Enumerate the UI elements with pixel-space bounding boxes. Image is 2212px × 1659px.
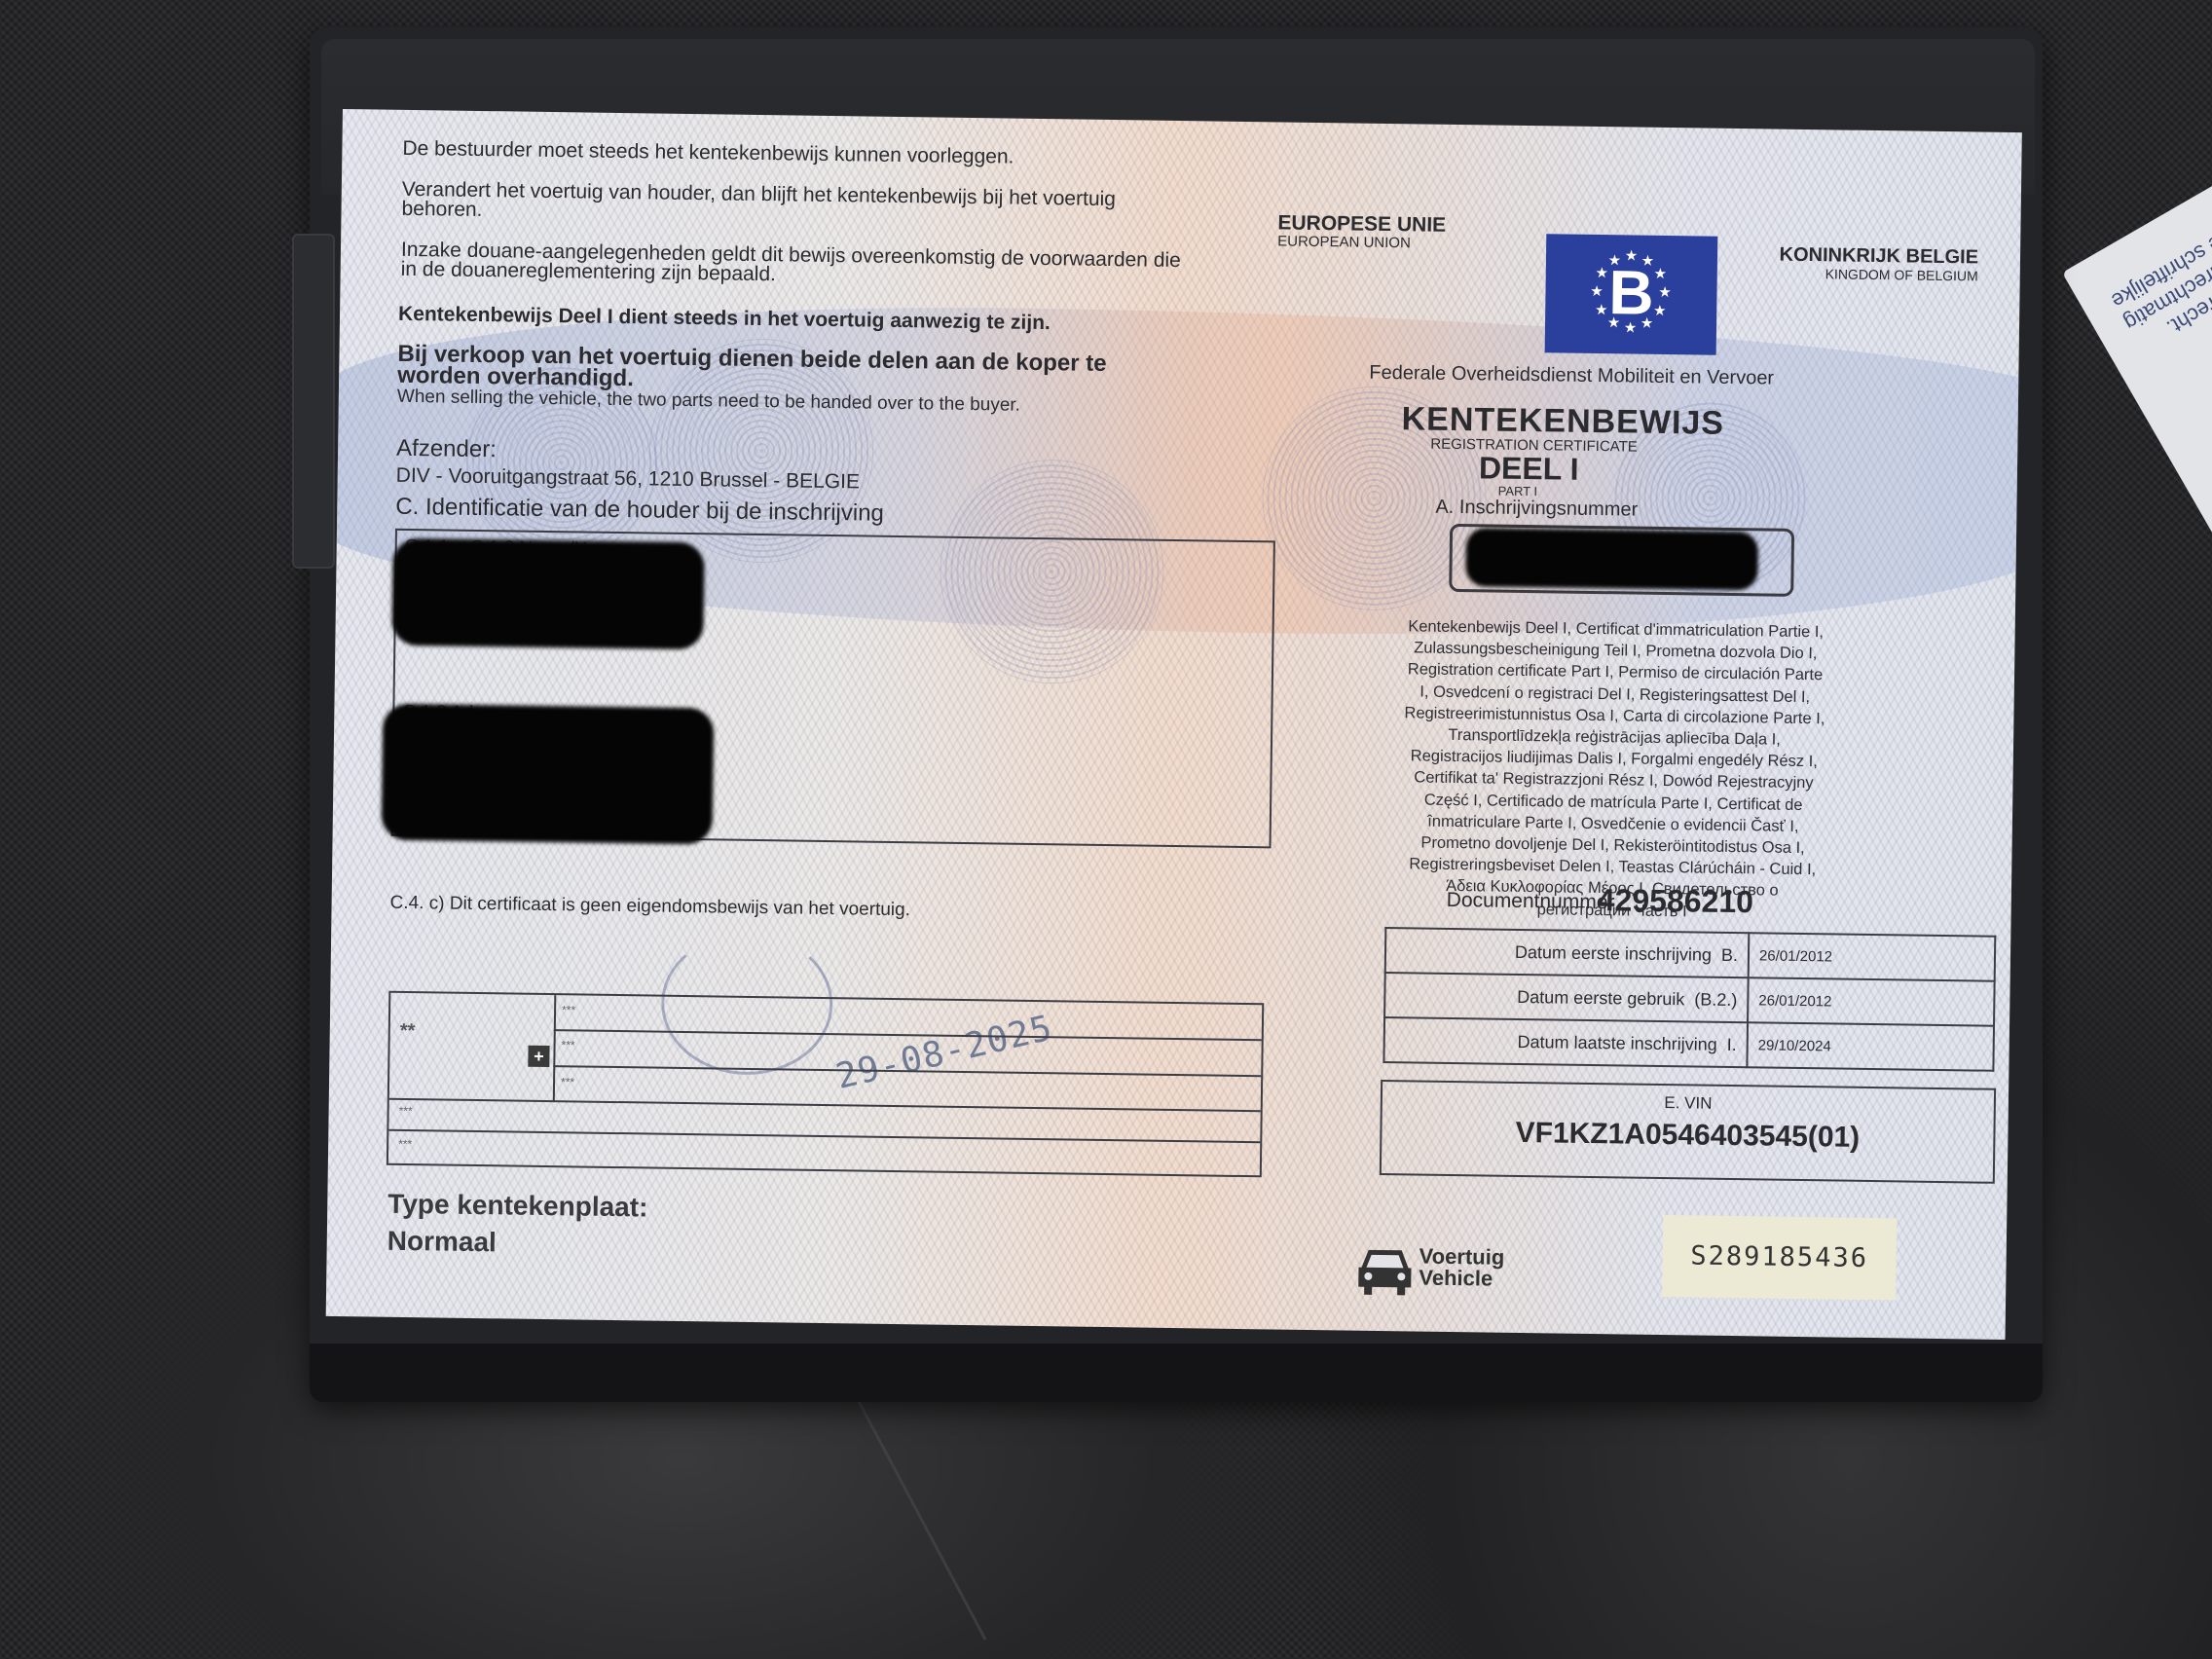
plate-type-label: Type kentekenplaat:: [387, 1189, 648, 1224]
kingdom-label-en: KINGDOM OF BELGIUM: [1774, 266, 1978, 284]
registration-dates-table: Datum eerste inschrijving B. 26/01/2012 …: [1383, 927, 1997, 1062]
country-letter: B: [1604, 258, 1659, 327]
table-row: Datum laatste inschrijving I. 29/10/2024: [1383, 1017, 1994, 1071]
annotation-row: ***: [562, 1038, 575, 1051]
notice-customs-cont: in de douanereglementering zijn bepaald.: [401, 258, 777, 286]
date-code: (B.2.): [1694, 989, 1737, 1010]
redacted-holder-address: [382, 704, 715, 845]
redacted-registration-number: [1465, 528, 1758, 590]
last-registration-date: 29/10/2024: [1747, 1022, 1994, 1071]
annotations-table: ** + *** *** *** *** ***: [387, 991, 1264, 1178]
annotation-row: ***: [398, 1137, 412, 1151]
registration-number-label: A. Inschrijvingsnummer: [1435, 497, 1638, 522]
date-label: Datum eerste gebruik: [1517, 986, 1684, 1008]
date-label: Datum eerste inschrijving: [1515, 941, 1712, 964]
annotation-row: ***: [561, 1075, 574, 1088]
notice-present-certificate: De bestuurder moet steeds het kentekenbe…: [402, 137, 1014, 169]
sender-label: Afzender:: [396, 435, 497, 463]
annotation-row: ***: [562, 1003, 575, 1016]
plate-type-value: Normaal: [387, 1226, 497, 1259]
folder-bottom-edge: [310, 1344, 2043, 1402]
first-use-date: 26/01/2012: [1748, 977, 1995, 1026]
document-number-value: 429586210: [1598, 882, 1754, 920]
notice-holder-change-cont: behoren.: [401, 198, 482, 222]
vehicle-label-en: Vehicle: [1419, 1268, 1493, 1290]
vin-box: E. VIN VF1KZ1A0546403545(01): [1380, 1080, 1996, 1184]
first-registration-date: 26/01/2012: [1749, 933, 1996, 981]
multilingual-title: Kentekenbewijs Deel I, Certificat d'imma…: [1398, 615, 1830, 924]
document-number-label: Documentnummer: [1447, 889, 1615, 914]
date-label: Datum laatste inschrijving: [1517, 1031, 1716, 1053]
vin-label: E. VIN: [1382, 1089, 1994, 1118]
serial-number: S289185436: [1662, 1215, 1897, 1300]
date-code: I.: [1727, 1034, 1737, 1053]
ownership-note: C.4. c) Dit certificaat is geen eigendom…: [389, 893, 910, 921]
redacted-holder-name: [391, 538, 705, 649]
date-code: B.: [1721, 944, 1738, 964]
registration-certificate: De bestuurder moet steeds het kentekenbe…: [326, 109, 2022, 1340]
annotation-main-cell: **: [400, 1020, 416, 1043]
notice-holder-change: Verandert het voertuig van houder, dan b…: [402, 178, 1116, 211]
car-icon: [1356, 1246, 1414, 1298]
document-part: DEEL I: [1479, 450, 1579, 487]
annotation-row: ***: [399, 1104, 413, 1118]
eu-label-en: EUROPEAN UNION: [1277, 233, 1411, 251]
plus-icon: +: [528, 1046, 549, 1067]
folder-strap: [292, 234, 335, 569]
vin-value: VF1KZ1A0546403545(01): [1382, 1115, 1993, 1157]
eu-flag-emblem: ★ ★ ★ ★ ★ ★ ★ ★ ★ ★ ★ ★ B: [1545, 234, 1718, 354]
